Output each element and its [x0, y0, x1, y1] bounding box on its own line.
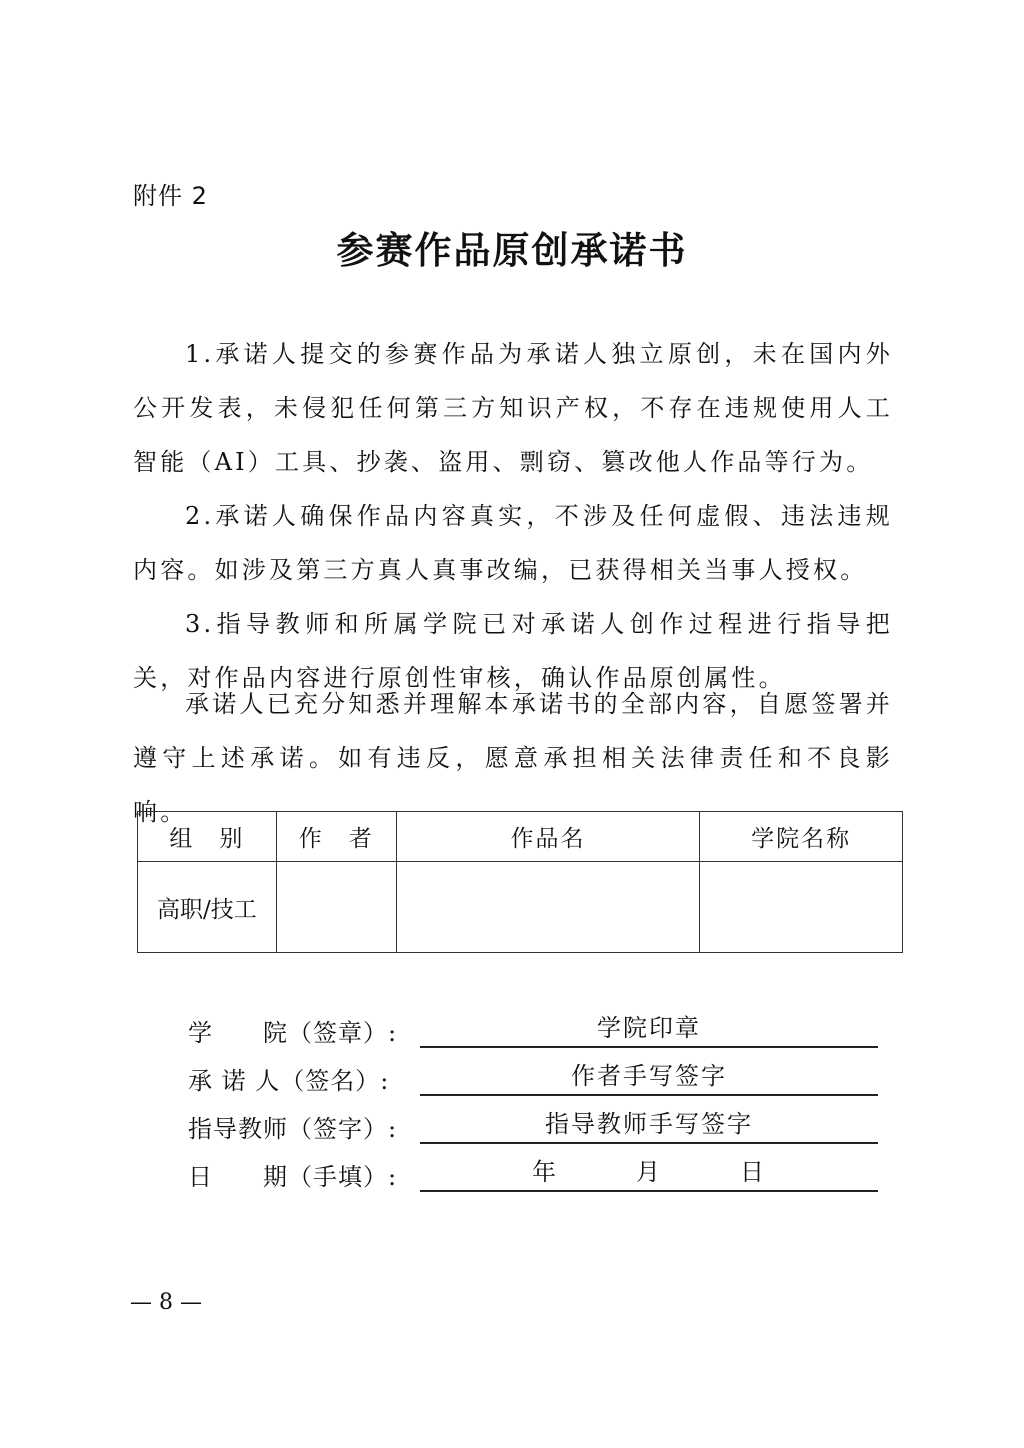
cell-college-name[interactable] [700, 862, 903, 953]
table-row: 高职/技工 [138, 862, 903, 953]
signature-label: 日 期（手填）: [188, 1157, 420, 1192]
signature-label: 指导教师（签字）: [188, 1109, 420, 1144]
signature-row-promisor: 承 诺 人（签名）: 作者手写签字 [188, 1048, 878, 1096]
commitment-paragraph-1: 1.承诺人提交的参赛作品为承诺人独立原创，未在国内外公开发表，未侵犯任何第三方知… [133, 327, 893, 489]
document-title: 参赛作品原创承诺书 [0, 220, 1024, 274]
page-number: — 8 — [130, 1290, 202, 1315]
cell-author[interactable] [276, 862, 396, 953]
commitment-paragraph-2: 2.承诺人确保作品内容真实，不涉及任何虚假、违法违规内容。如涉及第三方真人真事改… [133, 489, 893, 597]
cell-work-name[interactable] [396, 862, 700, 953]
signature-field-date[interactable]: 年 月 日 [420, 1156, 878, 1192]
signature-field-college[interactable]: 学院印章 [420, 1012, 878, 1048]
signature-field-promisor[interactable]: 作者手写签字 [420, 1060, 878, 1096]
signature-label: 学 院（签章）: [188, 1013, 420, 1048]
attachment-label: 附件 2 [133, 176, 208, 211]
signature-row-college: 学 院（签章）: 学院印章 [188, 1000, 878, 1048]
header-work-name: 作品名 [396, 812, 700, 862]
header-group: 组 别 [138, 812, 277, 862]
cell-group: 高职/技工 [138, 862, 277, 953]
signature-section: 学 院（签章）: 学院印章 承 诺 人（签名）: 作者手写签字 指导教师（签字）… [188, 1000, 878, 1192]
table-header-row: 组 别 作 者 作品名 学院名称 [138, 812, 903, 862]
header-college-name: 学院名称 [700, 812, 903, 862]
signature-field-advisor[interactable]: 指导教师手写签字 [420, 1108, 878, 1144]
signature-row-date: 日 期（手填）: 年 月 日 [188, 1144, 878, 1192]
entry-info-table: 组 别 作 者 作品名 学院名称 高职/技工 [137, 811, 903, 953]
header-author: 作 者 [276, 812, 396, 862]
signature-row-advisor: 指导教师（签字）: 指导教师手写签字 [188, 1096, 878, 1144]
signature-label: 承 诺 人（签名）: [188, 1061, 420, 1096]
